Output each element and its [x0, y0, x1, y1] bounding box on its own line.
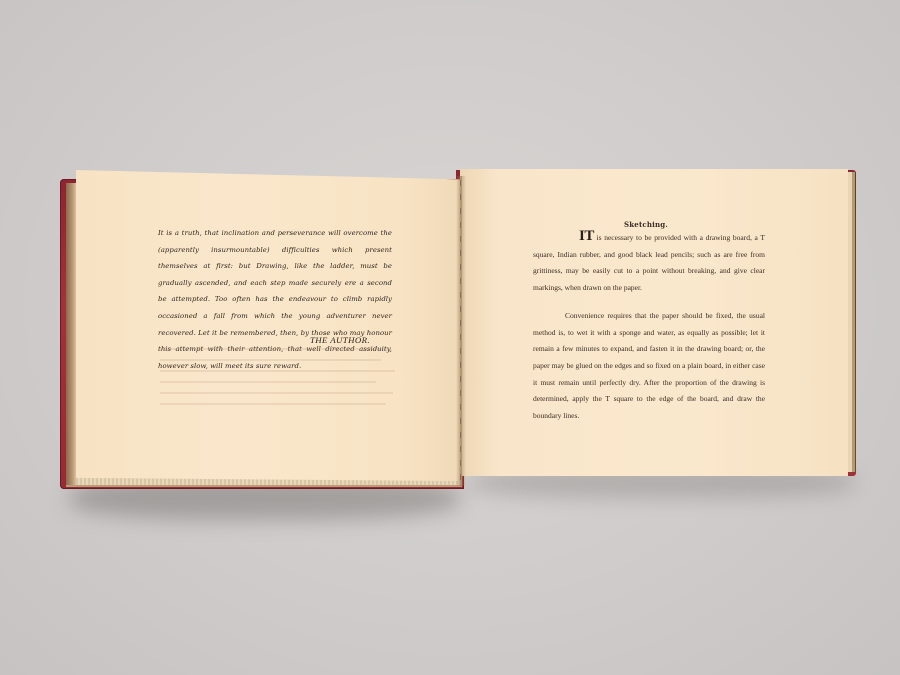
paragraph-2: Convenience requires that the paper shou… [533, 308, 765, 425]
binding-stitch [460, 180, 461, 480]
show-through-text [160, 348, 400, 428]
author-signature: THE AUTHOR. [310, 335, 370, 345]
paragraph-1-text: is necessary to be provided with a drawi… [533, 233, 765, 292]
photo-scene: It is a truth, that inclination and pers… [0, 0, 900, 675]
paragraph-1: IT is necessary to be provided with a dr… [533, 228, 765, 297]
book-gutter [456, 176, 466, 486]
drop-cap: IT [579, 228, 594, 244]
right-page-body: IT is necessary to be provided with a dr… [533, 228, 765, 425]
